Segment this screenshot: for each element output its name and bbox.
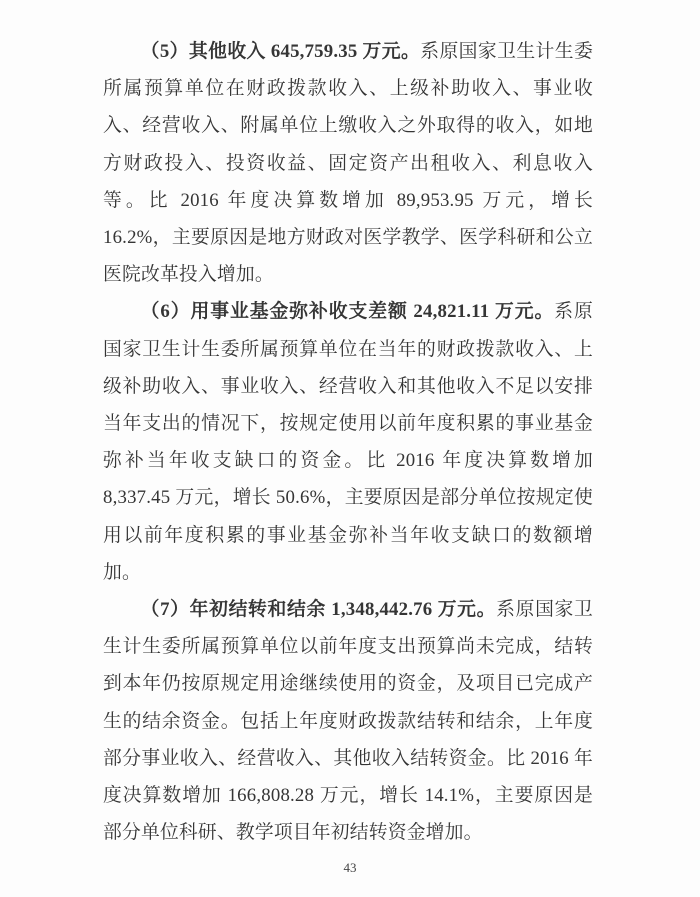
- document-body: （5）其他收入 645,759.35 万元。系原国家卫生计生委所属预算单位在财政…: [103, 33, 593, 851]
- paragraph-carryover-balance: （7）年初结转和结余 1,348,442.76 万元。系原国家卫生计生委所属预算…: [103, 591, 593, 851]
- document-page: （5）其他收入 645,759.35 万元。系原国家卫生计生委所属预算单位在财政…: [0, 0, 700, 897]
- paragraph-fund-deficit-lead: （6）用事业基金弥补收支差额 24,821.11 万元。: [141, 301, 555, 322]
- page-number: 43: [0, 860, 700, 876]
- paragraph-carryover-balance-text: 系原国家卫生计生委所属预算单位以前年度支出预算尚未完成，结转到本年仍按原规定用途…: [103, 599, 593, 843]
- paragraph-carryover-balance-lead: （7）年初结转和结余 1,348,442.76 万元。: [141, 599, 497, 620]
- paragraph-fund-deficit-text: 系原国家卫生计生委所属预算单位在当年的财政拨款收入、上级补助收入、事业收入、经营…: [103, 301, 593, 582]
- paragraph-other-income-lead: （5）其他收入 645,759.35 万元。: [141, 41, 421, 62]
- paragraph-fund-deficit: （6）用事业基金弥补收支差额 24,821.11 万元。系原国家卫生计生委所属预…: [103, 293, 593, 591]
- paragraph-other-income: （5）其他收入 645,759.35 万元。系原国家卫生计生委所属预算单位在财政…: [103, 33, 593, 293]
- paragraph-other-income-text: 系原国家卫生计生委所属预算单位在财政拨款收入、上级补助收入、事业收入、经营收入、…: [103, 41, 593, 285]
